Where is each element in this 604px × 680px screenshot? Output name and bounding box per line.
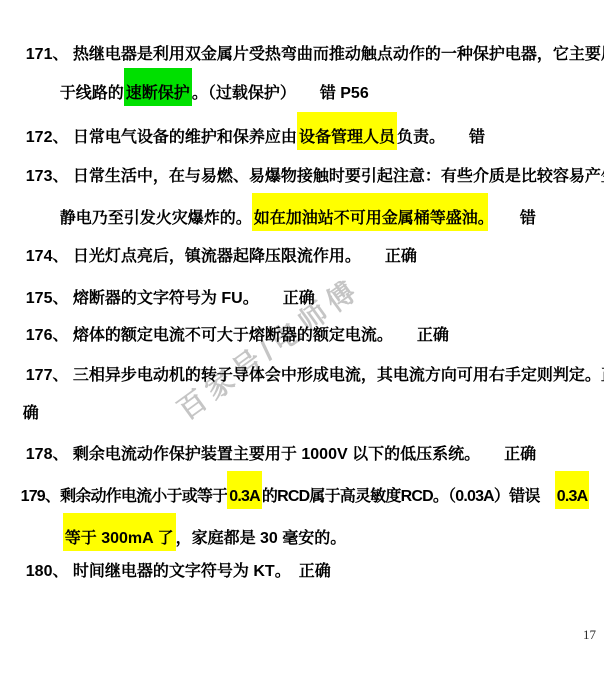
text-segment: 于线路的 (60, 85, 124, 102)
text-segment: 的RCD属于高灵敏度RCD。（0.03A）错误 (262, 488, 555, 505)
text-segment: 确 (23, 405, 39, 422)
text-segment: 173、 日常生活中，在与易燃、易爆物接触时要引起注意：有些介质是比较容易产生 (26, 168, 604, 185)
highlighted-text-yellow: 0.3A (555, 471, 590, 509)
text-segment: 错 (488, 210, 536, 227)
text-segment: 179、剩余动作电流小于或等于 (21, 488, 228, 505)
page-number: 17 (583, 627, 596, 643)
text-segment: 177、 三相异步电动机的转子导体会中形成电流，其电流方向可用右手定则判定。正 (26, 367, 604, 384)
text-segment: 180、 时间继电器的文字符号为 KT。 正确 (26, 563, 331, 580)
text-segment: 。（过载保护） 错 P56 (192, 85, 369, 102)
text-segment: 178、 剩余电流动作保护装置主要用于 1000V 以下的低压系统。 正确 (26, 446, 536, 463)
text-segment: 176、 熔体的额定电流不可大于熔断器的额定电流。 正确 (26, 327, 449, 344)
highlighted-text-green: 速断保护 (124, 68, 192, 106)
question-177-line-1: 177、 三相异步电动机的转子导体会中形成电流，其电流方向可用右手定则判定。正 (8, 343, 604, 409)
text-segment: 174、 日光灯点亮后，镇流器起降压限流作用。 正确 (26, 248, 417, 265)
highlighted-text-yellow: 0.3A (227, 471, 262, 509)
question-180-line: 180、 时间继电器的文字符号为 KT。 正确 (8, 539, 331, 605)
document-page: 百家号/电师傅 171、 热继电器是利用双金属片受热弯曲而推动触点动作的一种保护… (0, 0, 604, 680)
